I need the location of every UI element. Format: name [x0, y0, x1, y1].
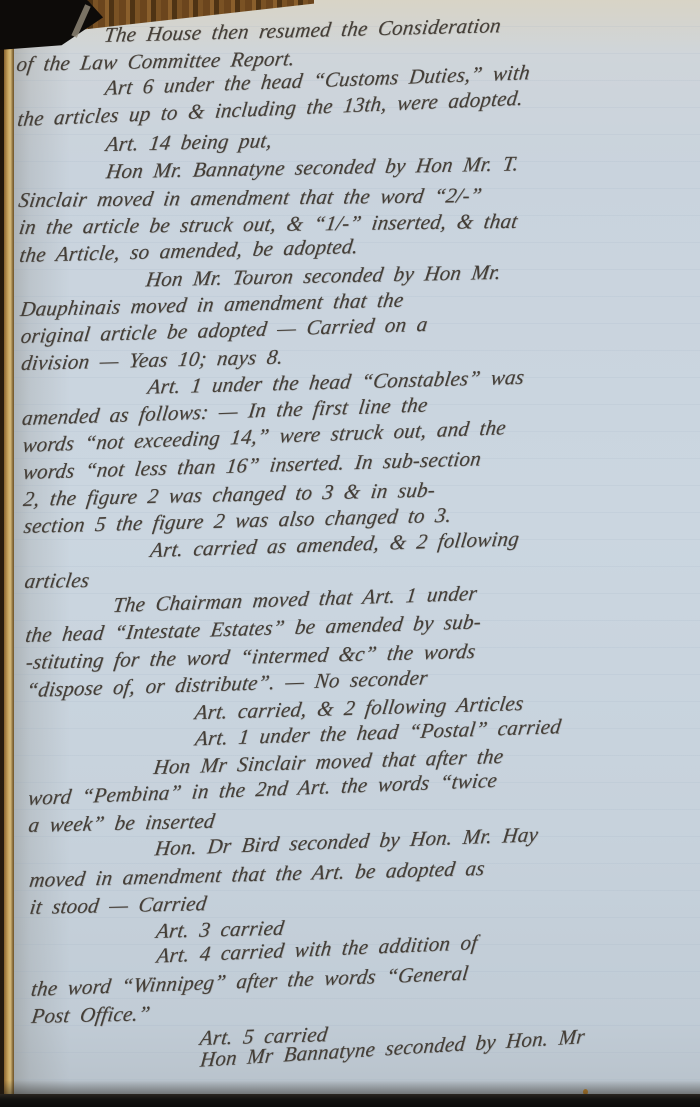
bottom-board	[0, 1094, 700, 1107]
manuscript-line-text: Post Office.”	[30, 1000, 152, 1030]
page-bottom-shadow	[0, 1080, 700, 1094]
handwritten-text: The House then resumed the Consideration…	[16, 13, 700, 1084]
manuscript-line-text: Art. 14 being put,	[104, 127, 274, 158]
manuscript-page: The House then resumed the Consideration…	[0, 0, 700, 1107]
page-edges-left	[4, 40, 14, 1096]
manuscript-line-text: articles	[23, 567, 91, 595]
